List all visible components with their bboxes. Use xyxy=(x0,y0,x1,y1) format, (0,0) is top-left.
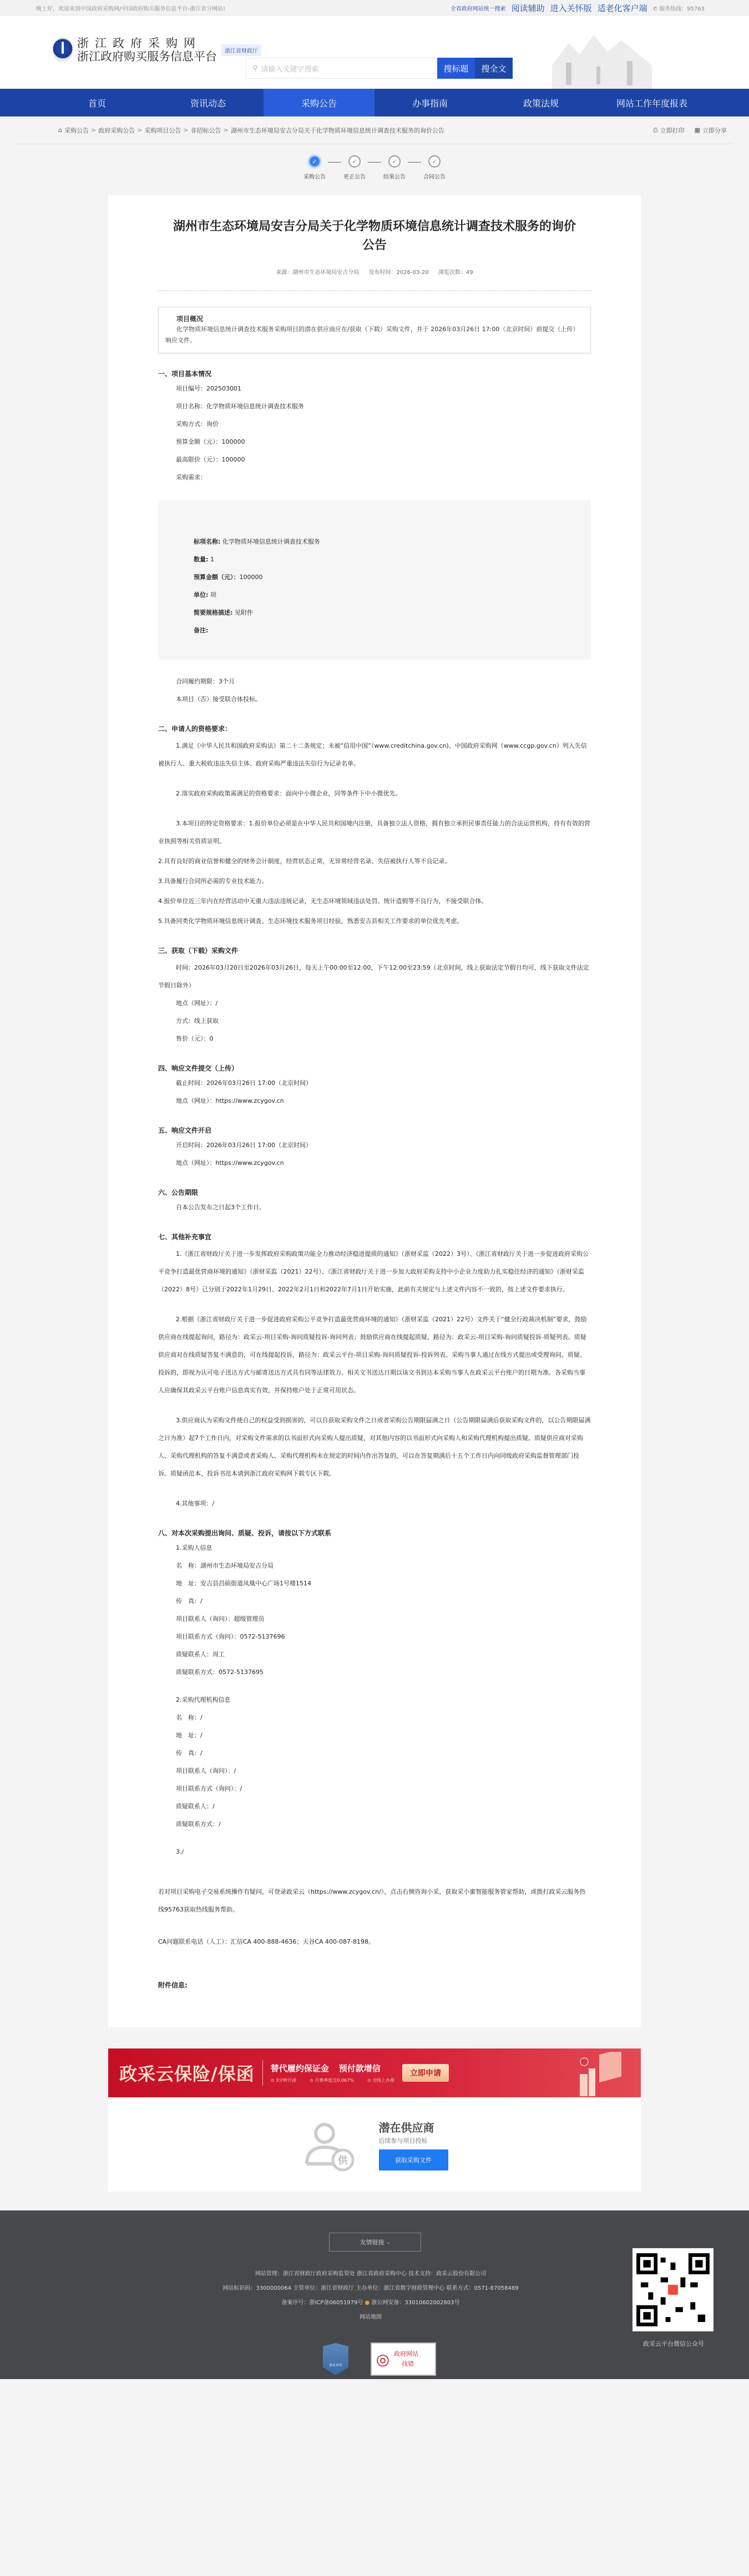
ca-contact: CA问题联系电话（人工）：汇信CA 400-888-4636；天谷CA 400-… xyxy=(158,1933,591,1951)
purchaser-address: 地 址：安吉县昌硕街道凤凰中心广场1号楼1514 xyxy=(158,1575,591,1593)
banner-feature: ⊙ 3分钟开函 xyxy=(271,2077,296,2083)
qualification-2: 2.落实政府采购政策需满足的资格要求：面向中小微企业，同等条件下中小微优先。 xyxy=(158,785,591,803)
banner-feature: ⊙ 月费率低至0.067% xyxy=(310,2077,354,2083)
project-name: 项目名称：化学物质环境信息统计调查技术服务 xyxy=(158,398,591,415)
friend-links-label: 友情链接 xyxy=(360,2238,384,2247)
supplementary-4: 4.其他事项：/ xyxy=(158,1495,591,1513)
section-heading: 八、对本次采购提出询问、质疑、投诉，请按以下方式联系 xyxy=(158,1527,591,1539)
section-heading: 五、响应文件开启 xyxy=(158,1124,591,1137)
logo-subtitle: 浙江政府购买服务信息平台 xyxy=(77,50,217,63)
banner-tag: 替代履约保证金 xyxy=(271,2062,329,2074)
budget-amount: 预算金额（元）：100000 xyxy=(158,433,591,451)
banner-feature: ⊙ 全线上办理 xyxy=(367,2077,394,2083)
agency-title: 2.采购代理机构信息 xyxy=(158,1691,591,1709)
section-supplementary: 七、其他补充事宜 1.《浙江省财政厅关于进一步发挥政府采购政策功能全力推动经济稳… xyxy=(158,1231,591,1513)
breadcrumb-item[interactable]: 采购公告 xyxy=(64,126,89,135)
section-qualifications: 二、申请人的资格要求： 1.满足《中华人民共和国政府采购法》第二十二条规定；未被… xyxy=(158,723,591,930)
attachments-heading: 附件信息: xyxy=(158,1976,591,1994)
qualification-3: 3.本项目的特定资格要求：1.报价单位必须是在中华人民共和国境内注册，具备独立法… xyxy=(158,815,591,850)
breadcrumb-item[interactable]: 采购项目公告 xyxy=(144,126,181,135)
procurement-requirements: 采购需求： xyxy=(158,469,591,486)
lot-remark: 备注: xyxy=(176,622,573,640)
share-button[interactable]: ▦立即分享 xyxy=(695,126,727,135)
check-icon: ✓ xyxy=(348,155,361,168)
lot-details-box: 标项名称: 化学物质环境信息统计调查技术服务 数量: 1 预算金额（元）：100… xyxy=(158,500,591,660)
logo-emblem-icon xyxy=(53,37,73,63)
search-bar: ⚲ 请输入关键字搜索 搜标题 搜全文 xyxy=(245,58,513,79)
lot-name: 标项名称: 化学物质环境信息统计调查技术服务 xyxy=(176,533,573,551)
phone-icon: ✆ xyxy=(653,6,660,12)
wechat-qr-code xyxy=(632,2248,713,2331)
breadcrumb-current: 湖州市生态环境局安吉分局关于化学物质环境信息统计调查技术服务的询价公告 xyxy=(231,126,444,135)
publish-time: 发布时间：2026-03-20 xyxy=(369,270,429,276)
mountain-pagoda-decoration-icon xyxy=(552,32,652,89)
notice-progress: ✓ 采购公告 ✓ 更正公告 ✓ 结果公告 ✓ 合同公告 xyxy=(0,144,749,192)
step-label: 采购公告 xyxy=(303,172,326,180)
step-connector xyxy=(328,162,341,163)
get-documents-button[interactable]: 获取采购文件 xyxy=(379,2149,448,2171)
obtain-time: 时间：2026年03月20日至2026年03月26日，每天上午00:00至12:… xyxy=(158,959,591,995)
purchaser-name: 名 称：湖州市生态环境局安吉分局 xyxy=(158,1557,591,1575)
article-meta: 来源：湖州市生态环境局安吉分局 发布时间：2026-03-20 浏览次数：49 xyxy=(158,267,591,276)
agency-name: 名 称：/ xyxy=(158,1709,591,1727)
logo-badge: 浙江省财政厅 xyxy=(221,44,261,56)
source: 来源：湖州市生态环境局安吉分局 xyxy=(276,270,359,276)
divider xyxy=(158,290,591,291)
step-label: 合同公告 xyxy=(423,172,446,180)
step-correction-notice[interactable]: ✓ 更正公告 xyxy=(341,155,368,192)
section-basic-info: 一、项目基本情况 项目编号：202503001 项目名称：化学物质环境信息统计调… xyxy=(158,368,591,708)
breadcrumb-item[interactable]: 政府采购公告 xyxy=(98,126,135,135)
hotline: ✆ 服务热线：95763 xyxy=(653,4,705,12)
step-label: 更正公告 xyxy=(343,172,366,180)
svg-text:供: 供 xyxy=(338,2154,348,2167)
apply-now-button[interactable]: 立即申请 xyxy=(402,2064,449,2082)
section-heading: 四、响应文件提交（上传） xyxy=(158,1062,591,1074)
step-connector xyxy=(368,162,381,163)
logo-title: 浙江政府采购网 xyxy=(77,37,217,50)
breadcrumb-separator: > xyxy=(224,126,229,134)
purchaser-contact: 项目联系人（询问）：超级管理员 xyxy=(158,1610,591,1628)
banner-title: 政采云保险/保函 xyxy=(119,2060,255,2086)
notice-article: 湖州市生态环境局安吉分局关于化学物质环境信息统计调查技术服务的询价公告 来源：湖… xyxy=(108,195,641,2027)
check-icon: ✓ xyxy=(308,155,321,168)
step-procurement-notice[interactable]: ✓ 采购公告 xyxy=(301,155,328,192)
agency-phone: 项目联系方式（询问）：/ xyxy=(158,1780,591,1798)
procurement-method: 采购方式：询价 xyxy=(158,415,591,433)
purchaser-fax: 传 真：/ xyxy=(158,1593,591,1610)
share-label: 立即分享 xyxy=(702,126,727,135)
help-text: 若对项目采购电子交易系统操作有疑问，可登录政采云（https://www.zcy… xyxy=(158,1883,591,1919)
consortium-note: 本项目（否）接受联合体投标。 xyxy=(158,691,591,708)
help-section: 若对项目采购电子交易系统操作有疑问，可登录政采云（https://www.zcy… xyxy=(158,1883,591,1994)
police-badge-icon: ● xyxy=(365,2300,372,2306)
magnifier-icon: ◎ xyxy=(372,2345,394,2373)
supplementary-2: 2.根据《浙江省财政厅关于进一步促进政府采购公平竞争打造最优营商环境的通知》（浙… xyxy=(158,1311,591,1399)
obtain-method: 方式：线上获取 xyxy=(158,1012,591,1030)
overview-text: 化学物质环境信息统计调查技术服务采购项目的潜在供应商应在/获取（下载）采购文件，… xyxy=(165,324,581,346)
nav-guide[interactable]: 办事指南 xyxy=(374,89,485,116)
sitemap-link[interactable]: 网站地图 xyxy=(360,2314,382,2320)
project-number: 项目编号：202503001 xyxy=(158,380,591,398)
friend-links-dropdown[interactable]: 友情链接⌄ xyxy=(329,2233,421,2252)
care-mode-link[interactable]: 进入关怀版 xyxy=(550,2,592,14)
project-overview-box: 项目概况 化学物质环境信息统计调查技术服务采购项目的潜在供应商应在/获取（下载）… xyxy=(158,307,591,353)
nav-news[interactable]: 资讯动态 xyxy=(153,89,264,116)
qualification-item: 3.具备履行合同所必需的专业技术能力。 xyxy=(158,873,591,890)
breadcrumb-separator: > xyxy=(137,126,142,134)
qr-share-icon: ▦ xyxy=(695,126,700,134)
notice-period: 自本公告发布之日起3个工作日。 xyxy=(158,1199,591,1216)
step-connector xyxy=(408,162,421,163)
purchaser-phone: 项目联系方式（询问）：0572-5137696 xyxy=(158,1628,591,1646)
supplementary-1: 1.《浙江省财政厅关于进一步发挥政府采购政策功能全力推动经济稳进提质的通知》（浙… xyxy=(158,1245,591,1299)
qualification-item: 2.具有良好的商业信誉和健全的财务会计制度，经营状态正常，无异常经营名录、失信被… xyxy=(158,853,591,870)
page-title: 湖州市生态环境局安吉分局关于化学物质环境信息统计调查技术服务的询价公告 xyxy=(158,217,591,255)
lot-unit: 单位: 项 xyxy=(176,586,573,604)
breadcrumb-item[interactable]: 非招标公告 xyxy=(191,126,221,135)
agency-address: 地 址：/ xyxy=(158,1727,591,1745)
qualification-1: 1.满足《中华人民共和国政府采购法》第二十二条规定；未被“信用中国”（www.c… xyxy=(158,737,591,773)
search-placeholder: 请输入关键字搜索 xyxy=(261,63,319,74)
reading-aid-link[interactable]: 阅读辅助 xyxy=(512,2,545,14)
check-icon: ✓ xyxy=(428,155,441,168)
section-obtain-documents: 三、获取（下载）采购文件 时间：2026年03月20日至2026年03月26日，… xyxy=(158,945,591,1048)
section-heading: 七、其他补充事宜 xyxy=(158,1231,591,1243)
potential-supplier-box: 供 潜在供应商 后续参与项目投标 获取采购文件 xyxy=(108,2097,641,2192)
print-button[interactable]: ⎙立即打印 xyxy=(653,126,685,135)
section-contacts: 八、对本次采购提出询问、质疑、投诉，请按以下方式联系 1.采购人信息 名 称：湖… xyxy=(158,1527,591,1861)
submission-deadline: 截止时间：2026年03月26日 17:00（北京时间） xyxy=(158,1074,591,1092)
agency-fax: 传 真：/ xyxy=(158,1745,591,1762)
elderly-client-link[interactable]: 适老化客户端 xyxy=(598,2,647,14)
gov-site-error-report-badge[interactable]: ◎ 政府网站找错 xyxy=(371,2342,436,2376)
breadcrumb: ⌂ 采购公告> 政府采购公告> 采购项目公告> 非招标公告> 湖州市生态环境局安… xyxy=(58,126,444,135)
qualification-item: 4.报价单位近三年内在经营活动中无重大违法违规记录，无生态环境领域违法处罚、统计… xyxy=(158,893,591,910)
welcome-text: 晚上好，欢迎来到中国政府采购网/中国政府购买服务信息平台-浙江省分网站! xyxy=(36,4,225,12)
footer-icp: 备案序号：浙ICP备06051979号 ● 浙公网安备：330106020028… xyxy=(0,2296,741,2310)
nav-policies[interactable]: 政策法规 xyxy=(485,89,596,116)
print-label: 立即打印 xyxy=(660,126,685,135)
lot-spec: 简要规格描述: 见附件 xyxy=(176,604,573,622)
breadcrumb-separator: > xyxy=(183,126,188,134)
step-contract-notice[interactable]: ✓ 合同公告 xyxy=(421,155,448,192)
hotline-text: 服务热线：95763 xyxy=(659,6,705,12)
contact-item-3: 3./ xyxy=(158,1843,591,1861)
supplier-heading: 潜在供应商 xyxy=(379,2119,448,2135)
section-heading: 二、申请人的资格要求： xyxy=(158,723,591,735)
purchaser-title: 1.采购人信息 xyxy=(158,1539,591,1557)
search-icon: ⚲ xyxy=(252,64,258,73)
search-fulltext-button[interactable]: 搜全文 xyxy=(475,58,513,79)
opening-url[interactable]: 地点（网址）：https://www.zcygov.cn xyxy=(158,1154,591,1172)
agency-query-phone: 质疑联系方式：/ xyxy=(158,1816,591,1833)
section-heading: 六、公告期限 xyxy=(158,1186,591,1199)
section-heading: 一、项目基本情况 xyxy=(158,368,591,380)
lot-quantity: 数量: 1 xyxy=(176,551,573,569)
breadcrumb-bar: ⌂ 采购公告> 政府采购公告> 采购项目公告> 非招标公告> 湖州市生态环境局安… xyxy=(17,116,732,144)
breadcrumb-separator: > xyxy=(91,126,96,134)
purchaser-query-contact: 质疑联系人：周工 xyxy=(158,1646,591,1664)
submission-url[interactable]: 地点（网址）：https://www.zcygov.cn xyxy=(158,1092,591,1110)
icp-link[interactable]: 备案序号：浙ICP备06051979号 xyxy=(281,2300,363,2306)
overview-heading: 项目概况 xyxy=(165,314,581,324)
step-label: 结果公告 xyxy=(383,172,406,180)
search-title-button[interactable]: 搜标题 xyxy=(437,58,475,79)
section-opening: 五、响应文件开启 开启时间：2026年03月26日 17:00（北京时间） 地点… xyxy=(158,1124,591,1172)
section-heading: 三、获取（下载）采购文件 xyxy=(158,945,591,957)
step-result-notice[interactable]: ✓ 结果公告 xyxy=(381,155,408,192)
banner-divider xyxy=(262,2060,263,2086)
nav-procurement-notices[interactable]: 采购公告 xyxy=(264,89,374,116)
purchaser-query-phone: 质疑联系方式：0572-5137695 xyxy=(158,1664,591,1681)
main-nav: 首页 资讯动态 采购公告 办事指南 政策法规 网站工作年度报表 xyxy=(0,89,749,116)
top-bar: 晚上好，欢迎来到中国政府采购网/中国政府购买服务信息平台-浙江省分网站! 全省政… xyxy=(0,0,749,16)
supplier-subtitle: 后续参与项目投标 xyxy=(379,2136,448,2145)
max-price: 最高限价（元）：100000 xyxy=(158,451,591,469)
opening-time: 开启时间：2026年03月26日 17:00（北京时间） xyxy=(158,1137,591,1154)
site-header: 浙江政府采购网 浙江政府购买服务信息平台 浙江省财政厅 ⚲ 请输入关键字搜索 搜… xyxy=(0,16,749,89)
printer-icon: ⎙ xyxy=(653,126,658,134)
footer-site-id: 网站标识码：3300000064 主管单位：浙江省财政厅 主办单位：浙江省数字财… xyxy=(0,2281,741,2296)
obtain-location: 地点（网址）：/ xyxy=(158,995,591,1012)
search-input[interactable]: ⚲ 请输入关键字搜索 xyxy=(245,58,437,79)
site-footer: 友情链接⌄ 网站管理：浙江省财政厅政府采购监管处 浙江省政府采购中心 技术支持：… xyxy=(0,2210,749,2379)
footer-management: 网站管理：浙江省财政厅政府采购监管处 浙江省政府采购中心 技术支持：政采云股份有… xyxy=(0,2267,741,2281)
banner-tag: 预付款增信 xyxy=(339,2062,381,2074)
qr-label: 政采云平台微信公众号 xyxy=(629,2339,718,2348)
contract-period: 合同履约期限：3个月 xyxy=(158,673,591,691)
public-institution-badge[interactable]: 事业单位 xyxy=(323,2343,348,2375)
public-security-link[interactable]: 浙公网安备：33010602002803号 xyxy=(371,2300,459,2306)
supplier-avatar-icon: 供 xyxy=(301,2117,357,2172)
lot-budget: 预算金额（元）：100000 xyxy=(176,569,573,586)
banner-illustration-icon xyxy=(569,2052,635,2097)
agency-query-contact: 质疑联系人：/ xyxy=(158,1798,591,1816)
home-icon[interactable]: ⌂ xyxy=(58,126,62,134)
section-notice-period: 六、公告期限 自本公告发布之日起3个工作日。 xyxy=(158,1186,591,1216)
section-submission: 四、响应文件提交（上传） 截止时间：2026年03月26日 17:00（北京时间… xyxy=(158,1062,591,1110)
qualification-item: 5.具备同类化学物质环境信息统计调查、生态环境技术服务项目经验，熟悉安吉县相关工… xyxy=(158,912,591,930)
nav-annual-report[interactable]: 网站工作年度报表 xyxy=(596,89,707,116)
document-price: 售价（元）：0 xyxy=(158,1030,591,1048)
insurance-ad-banner[interactable]: 政采云保险/保函 替代履约保证金预付款增信 ⊙ 3分钟开函 ⊙ 月费率低至0.0… xyxy=(108,2048,641,2097)
check-icon: ✓ xyxy=(388,155,401,168)
agency-contact: 项目联系人（询问）：/ xyxy=(158,1762,591,1780)
chevron-down-icon: ⌄ xyxy=(387,2240,391,2245)
view-count: 浏览次数：49 xyxy=(438,270,473,276)
qr-code-icon xyxy=(636,2252,710,2328)
supplementary-3: 3.供应商认为采购文件使自己的权益受到损害的，可以自获取采购文件之日或者采购公告… xyxy=(158,1412,591,1483)
unified-search-link[interactable]: 全省政府网站统一搜索 xyxy=(451,4,506,12)
site-logo[interactable]: 浙江政府采购网 浙江政府购买服务信息平台 浙江省财政厅 xyxy=(53,37,261,63)
nav-home[interactable]: 首页 xyxy=(42,89,153,116)
